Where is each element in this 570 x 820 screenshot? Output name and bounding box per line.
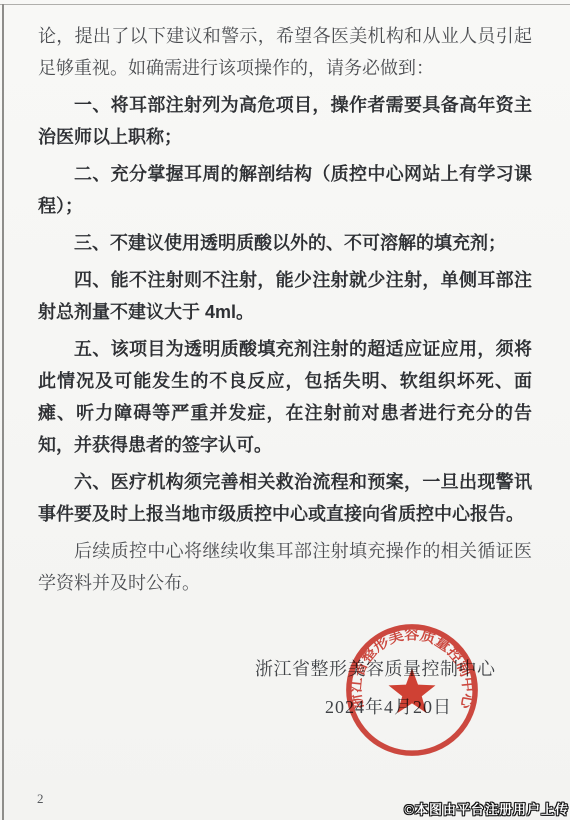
paragraph-item-1: 一、将耳部注射列为高危项目，操作者需要具备高年资主治医师以上职称； [38, 89, 532, 153]
page-left-edge-line [2, 4, 4, 820]
paragraph-intro: 论，提出了以下建议和警示，希望各医美机构和从业人员引起足够重视。如确需进行该项操… [38, 20, 532, 84]
page-top-edge-line [0, 4, 570, 5]
paragraph-item-2: 二、充分掌握耳周的解剖结构（质控中心网站上有学习课程）； [38, 158, 532, 222]
paragraph-item-4: 四、能不注射则不注射，能少注射就少注射，单侧耳部注射总剂量不建议大于 4ml。 [38, 264, 532, 328]
official-seal-icon: 浙江省整形美容质量控制中心 [338, 616, 486, 764]
paragraph-closing: 后续质控中心将继续收集耳部注射填充操作的相关循证医学资料并及时公布。 [38, 535, 532, 599]
page-number: 2 [37, 791, 44, 807]
document-page: 论，提出了以下建议和警示，希望各医美机构和从业人员引起足够重视。如确需进行该项操… [0, 0, 570, 820]
seal-star-icon [389, 668, 436, 713]
paragraph-item-5: 五、该项目为透明质酸填充剂注射的超适应证应用，须将此情况及可能发生的不良反应，包… [38, 333, 532, 461]
paragraph-item-3: 三、不建议使用透明质酸以外的、不可溶解的填充剂； [38, 227, 532, 259]
watermark: ©本图由平台注册用户上传 [404, 799, 569, 818]
document-body: 论，提出了以下建议和警示，希望各医美机构和从业人员引起足够重视。如确需进行该项操… [38, 20, 532, 604]
paragraph-item-6: 六、医疗机构须完善相关救治流程和预案，一旦出现警讯事件要及时上报当地市级质控中心… [38, 466, 532, 530]
